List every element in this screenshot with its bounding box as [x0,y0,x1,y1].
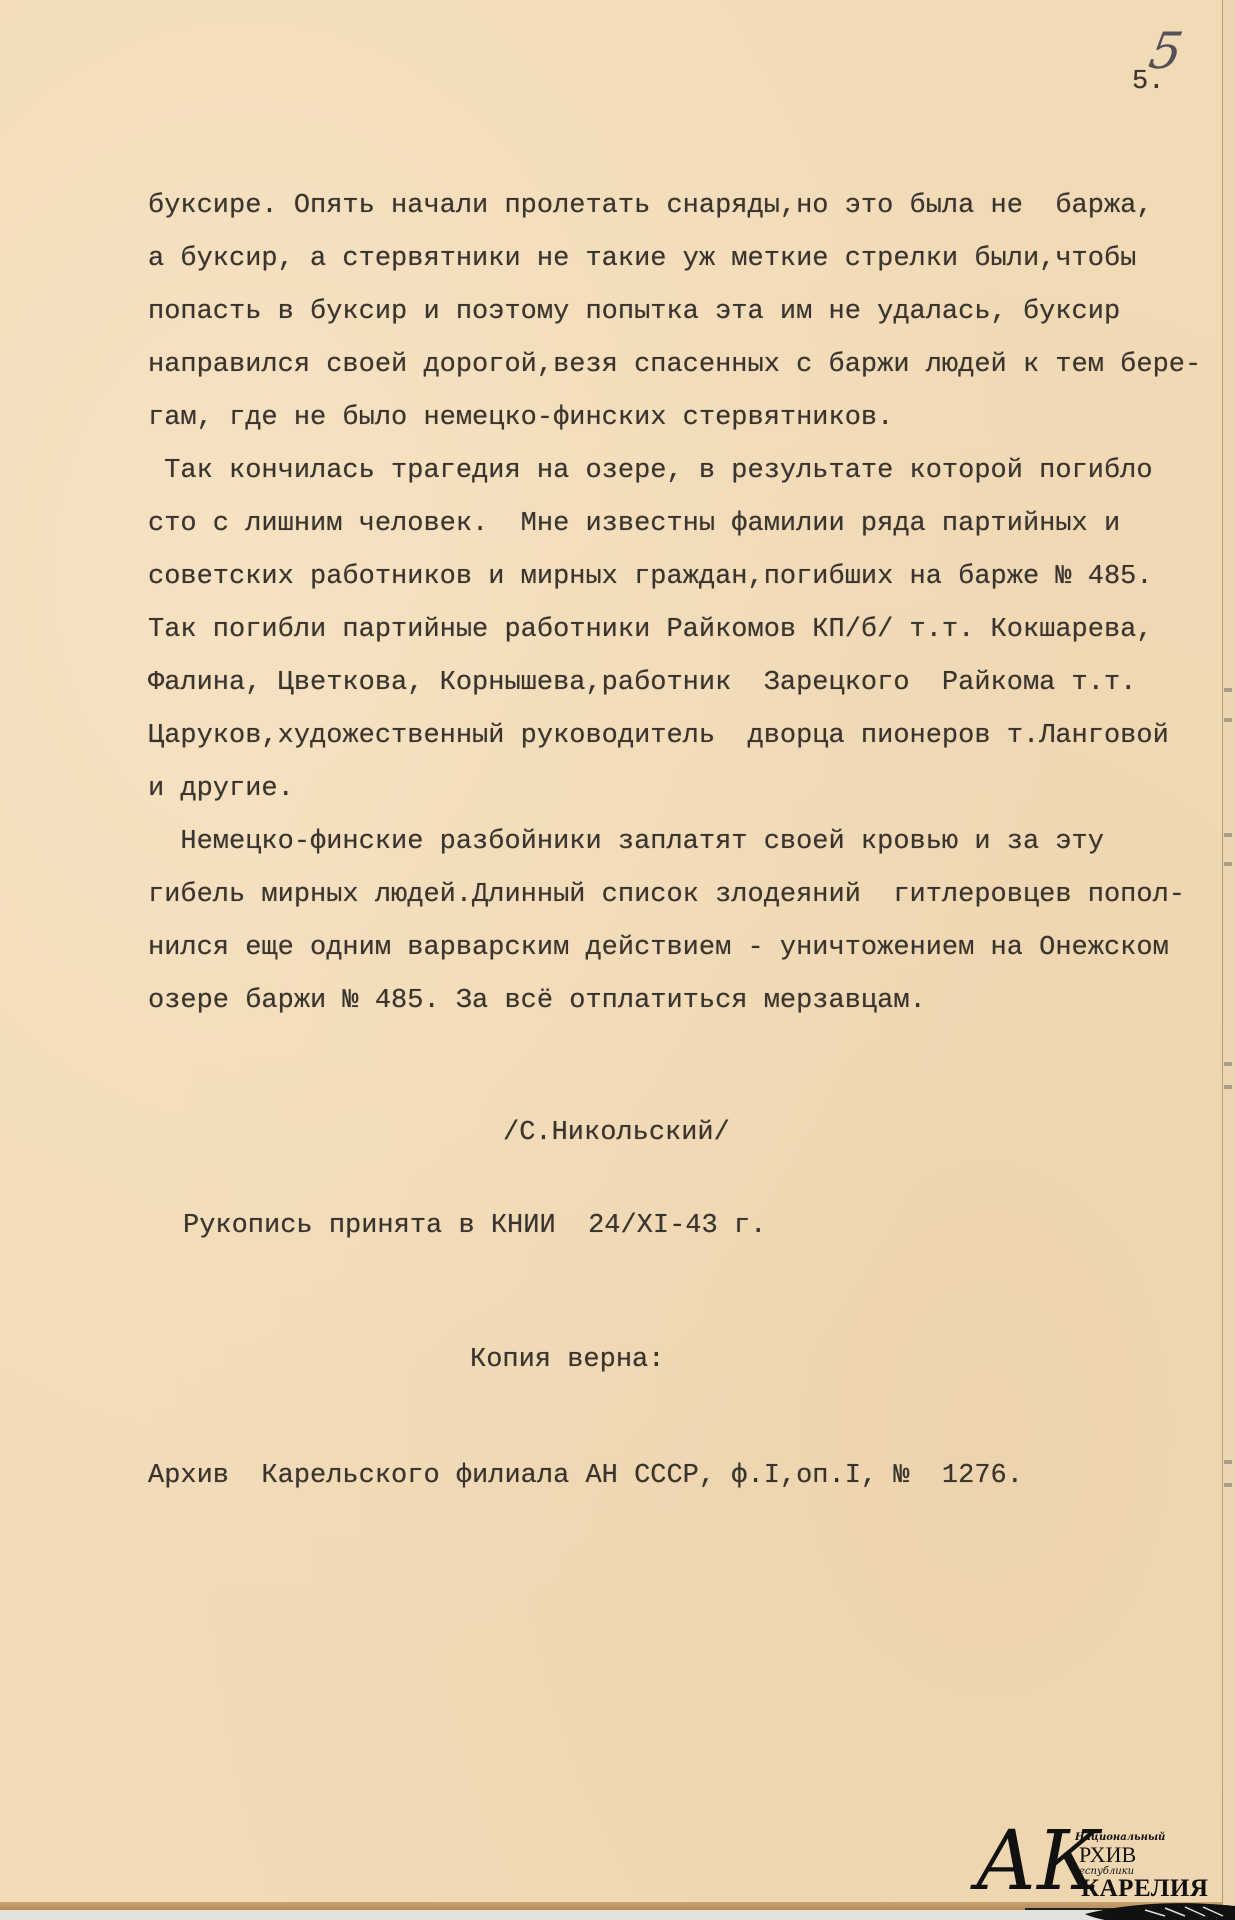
typed-page-number: 5. [1132,62,1164,102]
bleed-through-mark [1224,862,1232,866]
underlying-page-edge [1222,0,1235,1908]
received-note: Рукопись принята в КНИИ 24/XI-43 г. [183,1200,766,1253]
text-line: Так погибли партийные работники Райкомов… [148,604,1201,657]
bleed-through-mark [1224,1062,1232,1066]
text-line: буксире. Опять начали пролетать снаряды,… [148,180,1201,233]
bleed-through-mark [1224,718,1232,722]
text-line: нился еще одним варварским действием - у… [148,922,1201,975]
text-line: и другие. [148,763,1201,816]
bleed-through-mark [1224,688,1232,692]
bleed-through-mark [1224,1483,1232,1487]
archive-logo: АК Национальный РХИВ еспублики КАРЕЛИЯ [975,1820,1225,1910]
text-line: гам, где не было немецко-финских стервят… [148,392,1201,445]
text-line: попасть в буксир и поэтому попытка эта и… [148,286,1201,339]
text-line: Так кончилась трагедия на озере, в резул… [148,445,1201,498]
text-line: сто с лишним человек. Мне известны фамил… [148,498,1201,551]
text-line: направился своей дорогой,везя спасенных … [148,339,1201,392]
quill-feather-icon [1085,1898,1235,1920]
text-line: Царуков,художественный руководитель двор… [148,710,1201,763]
bleed-through-mark [1224,1460,1232,1464]
logo-line-archive: РХИВ [1079,1842,1136,1868]
text-line: гибель мирных людей.Длинный список злоде… [148,869,1201,922]
text-line: советских работников и мирных граждан,по… [148,551,1201,604]
author-signature: /С.Никольский/ [503,1107,730,1160]
text-line: а буксир, а стервятники не такие уж метк… [148,233,1201,286]
copy-certification: Копия верна: [470,1334,664,1387]
archive-reference: Архив Карельского филиала АН СССР, ф.I,о… [148,1450,1023,1503]
text-line: Фалина, Цветкова, Корнышева,работник Зар… [148,657,1201,710]
body-text: буксире. Опять начали пролетать снаряды,… [148,180,1201,1028]
bleed-through-mark [1224,833,1232,837]
text-line: Немецко-финские разбойники заплатят свое… [148,816,1201,869]
bleed-through-mark [1224,1085,1232,1089]
text-line: озере баржи № 485. За всё отплатиться ме… [148,975,1201,1028]
